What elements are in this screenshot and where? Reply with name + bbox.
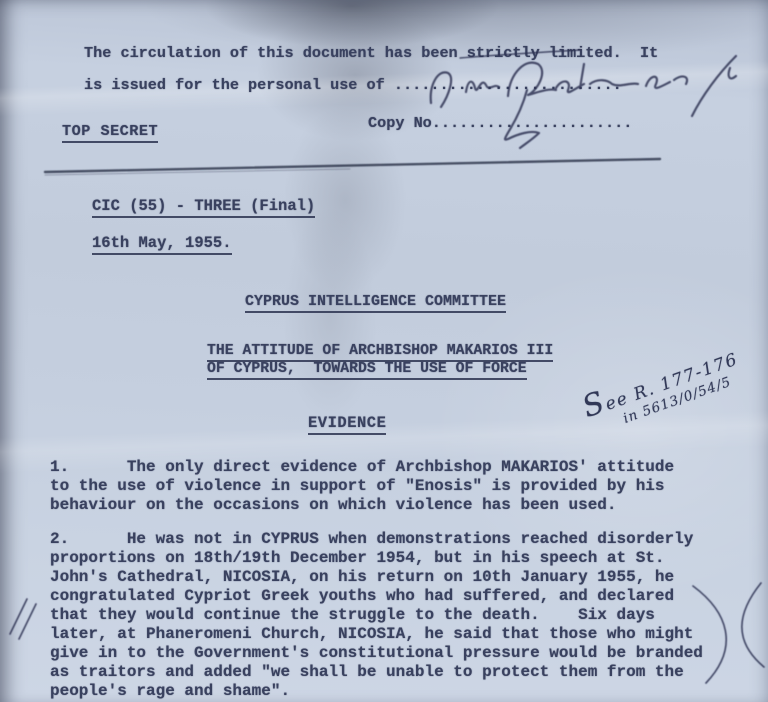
subject-title-line2-label: OF CYPRUS, TOWARDS THE USE OF FORCE	[207, 361, 527, 380]
classification-label: TOP SECRET	[62, 122, 158, 143]
margin-curve-right-2	[742, 583, 764, 667]
divider-rule-shadow	[45, 169, 350, 175]
circulation-notice-line2: is issued for the personal use of ......…	[84, 76, 622, 94]
paragraph-2: 2. He was not in CYPRUS when demonstrati…	[50, 530, 703, 701]
committee-title-label: CYPRUS INTELLIGENCE COMMITTEE	[245, 293, 506, 313]
circulation-notice-line1: The circulation of this document has bee…	[84, 44, 658, 62]
document-reference: CIC (55) - THREE (Final)	[92, 197, 315, 215]
divider-rule	[45, 159, 660, 172]
margin-tick-left-1	[10, 599, 27, 634]
scanned-document-page: The circulation of this document has bee…	[0, 0, 768, 702]
section-heading-evidence-label: EVIDENCE	[308, 414, 386, 435]
handwritten-signature-esq	[646, 77, 687, 88]
subject-title-line1-label: THE ATTITUDE OF ARCHBISHOP MAKARIOS III	[207, 343, 553, 362]
subject-title-line1: THE ATTITUDE OF ARCHBISHOP MAKARIOS III	[207, 343, 553, 359]
margin-tick-left-2	[19, 604, 36, 639]
section-heading-evidence: EVIDENCE	[308, 414, 386, 432]
document-date-label: 16th May, 1955.	[92, 234, 232, 255]
classification-stamp: TOP SECRET	[62, 122, 158, 140]
paragraph-1: 1. The only direct evidence of Archbisho…	[50, 458, 674, 515]
signature-flourish	[692, 56, 736, 116]
handwritten-annotation: See R. 177-176 in 5613/0/54/5	[578, 312, 768, 438]
copy-number-line: Copy No......................	[368, 114, 632, 132]
committee-title: CYPRUS INTELLIGENCE COMMITTEE	[245, 293, 506, 310]
subject-title-line2: OF CYPRUS, TOWARDS THE USE OF FORCE	[207, 361, 527, 377]
document-date: 16th May, 1955.	[92, 234, 232, 252]
document-reference-label: CIC (55) - THREE (Final)	[92, 197, 315, 218]
